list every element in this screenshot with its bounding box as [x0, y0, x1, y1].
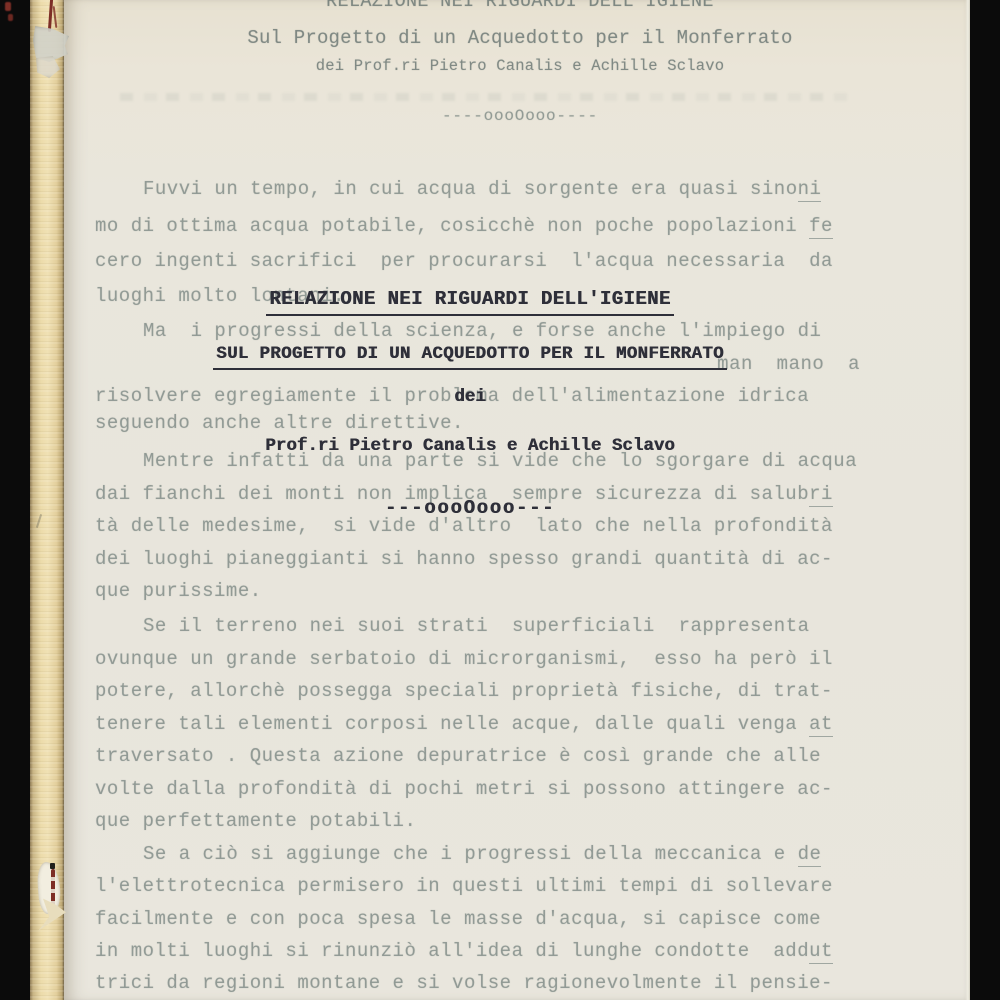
- bleedthrough-body-line: tenere tali elementi corposi nelle acque…: [95, 713, 833, 735]
- binding-spine: [30, 0, 64, 1000]
- bleedthrough-body-line: Fuvvi un tempo, in cui acqua di sorgente…: [95, 178, 821, 200]
- red-thread-speck: [5, 2, 11, 11]
- bleedthrough-body-line: mo di ottima acqua potabile, cosicchè no…: [95, 215, 833, 237]
- bleedthrough-body-line: tà delle medesime, si vide d'altro lato …: [95, 515, 833, 537]
- bleedthrough-body-line: in molti luoghi si rinunziò all'idea di …: [95, 940, 833, 962]
- red-thread-speck: [8, 14, 13, 21]
- bleedthrough-body-line: facilmente e con poca spesa le masse d'a…: [95, 908, 821, 930]
- bleedthrough-body-line: man mano a: [717, 353, 860, 375]
- bleedthrough-body-line: cero ingenti sacrifici per procurarsi l'…: [95, 250, 833, 272]
- bleedthrough-body-line: volte dalla profondità di pochi metri si…: [95, 778, 833, 800]
- bleedthrough-body-line: dai fianchi dei monti non implica sempre…: [95, 483, 833, 505]
- bleedthrough-body-line: Se il terreno nei suoi strati superficia…: [95, 615, 810, 637]
- bleedthrough-body-line: Se a ciò si aggiunge che i progressi del…: [95, 843, 821, 865]
- bleedthrough-body-line: seguendo anche altre direttive.: [95, 412, 464, 434]
- bleedthrough-body-line: traversato . Questa azione depuratrice è…: [95, 745, 821, 767]
- scan-canvas: RELAZIONE NEI RIGUARDI DELL'IGIENE Sul P…: [0, 0, 1000, 1000]
- bleedthrough-body-line: Ma i progressi della scienza, e forse an…: [95, 320, 821, 342]
- bleedthrough-body-line: luoghi molto lontani.: [95, 285, 345, 307]
- bleedthrough-body-line: l'elettrotecnica permisero in questi ult…: [95, 875, 833, 897]
- bleedthrough-body-line: potere, allorchè possegga speciali propr…: [95, 680, 833, 702]
- bleedthrough-body-line: que purissime.: [95, 580, 262, 602]
- bleedthrough-body-line: ovunque un grande serbatoio di microrgan…: [95, 648, 833, 670]
- bleedthrough-body-line: dei luoghi pianeggianti si hanno spesso …: [95, 548, 833, 570]
- bleedthrough-body-line: que perfettamente potabili.: [95, 810, 416, 832]
- bleedthrough-body-line: risolvere egregiamente il problema dell'…: [95, 385, 809, 407]
- bleedthrough-body-line: trici da regioni montane e si volse ragi…: [95, 972, 833, 994]
- bleedthrough-body: Fuvvi un tempo, in cui acqua di sorgente…: [95, 0, 860, 1000]
- bleedthrough-body-line: Mentre infatti da una parte si vide che …: [95, 450, 857, 472]
